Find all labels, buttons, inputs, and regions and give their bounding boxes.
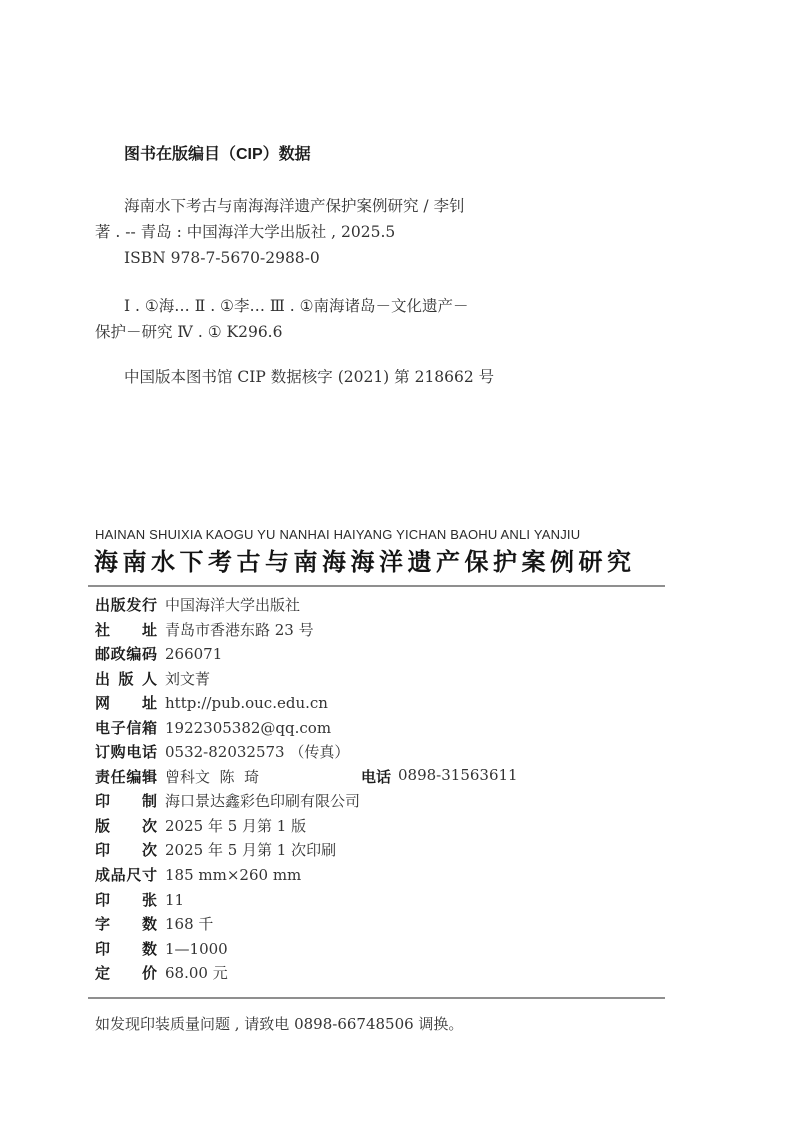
- cip-isbn: ISBN 978-7-5670-2988-0: [124, 245, 320, 271]
- colophon-label: 版次: [95, 815, 157, 836]
- colophon-label: 印制: [95, 790, 157, 811]
- colophon-value: 2025 年 5 月第 1 版: [165, 815, 306, 836]
- colophon-value: 2025 年 5 月第 1 次印刷: [165, 839, 336, 860]
- colophon-label: 出版发行: [95, 594, 157, 615]
- colophon-label: 电子信箱: [95, 717, 157, 738]
- colophon-row-size: 成品尺寸 185 mm×260 mm: [95, 864, 665, 889]
- colophon-row-website: 网址 http://pub.ouc.edu.cn: [95, 692, 665, 717]
- colophon-row-email: 电子信箱 1922305382@qq.com: [95, 717, 665, 742]
- colophon-label: 出版人: [95, 668, 157, 689]
- colophon-value: 曾科文 陈 琦: [165, 766, 259, 787]
- colophon-value: 海口景达鑫彩色印刷有限公司: [165, 790, 360, 811]
- colophon-label: 责任编辑: [95, 766, 157, 787]
- colophon-row-edition: 版次 2025 年 5 月第 1 版: [95, 815, 665, 840]
- colophon-label: 定价: [95, 962, 157, 983]
- cip-header: 图书在版编目（CIP）数据: [124, 141, 311, 164]
- quality-note: 如发现印装质量问题 , 请致电 0898-66748506 调换。: [95, 1013, 463, 1034]
- divider-rule-top: [88, 585, 665, 587]
- cip-classification-line: Ⅰ . ①海… Ⅱ . ①李… Ⅲ . ①南海诸岛－文化遗产－: [124, 293, 469, 319]
- colophon-label: 社址: [95, 619, 157, 640]
- colophon-row-editors: 责任编辑 曾科文 陈 琦 电话 0898-31563611: [95, 766, 665, 791]
- cip-record-number: 中国版本图书馆 CIP 数据核字 (2021) 第 218662 号: [124, 365, 494, 387]
- colophon-value: 11: [165, 891, 184, 909]
- book-title: 海南水下考古与南海海洋遗产保护案例研究: [94, 542, 636, 577]
- colophon-row-wordcount: 字数 168 千: [95, 913, 665, 938]
- colophon-row-address: 社址 青岛市香港东路 23 号: [95, 619, 665, 644]
- colophon-value: 1—1000: [165, 940, 228, 958]
- colophon-label: 成品尺寸: [95, 864, 157, 885]
- colophon-row-order-phone: 订购电话 0532-82032573 （传真）: [95, 741, 665, 766]
- cip-description-line: 著 . -- 青岛 : 中国海洋大学出版社 , 2025.5: [95, 219, 395, 245]
- colophon-label: 印数: [95, 938, 157, 959]
- colophon-value: 中国海洋大学出版社: [165, 594, 300, 615]
- colophon-row-printer: 印制 海口景达鑫彩色印刷有限公司: [95, 790, 665, 815]
- colophon-phone-value: 0898-31563611: [398, 766, 518, 784]
- colophon-label: 订购电话: [95, 741, 157, 762]
- colophon-label: 印张: [95, 889, 157, 910]
- colophon-label: 印次: [95, 839, 157, 860]
- colophon-value: 68.00 元: [165, 962, 228, 983]
- colophon-label: 字数: [95, 913, 157, 934]
- colophon-value: 185 mm×260 mm: [165, 866, 301, 884]
- colophon-value: 青岛市香港东路 23 号: [165, 619, 314, 640]
- colophon-label: 网址: [95, 692, 157, 713]
- colophon-row-publisher: 出版发行 中国海洋大学出版社: [95, 594, 665, 619]
- colophon-table: 出版发行 中国海洋大学出版社 社址 青岛市香港东路 23 号 邮政编码 2660…: [95, 594, 665, 987]
- colophon-value: http://pub.ouc.edu.cn: [165, 694, 328, 712]
- colophon-row-price: 定价 68.00 元: [95, 962, 665, 987]
- colophon-row-printrun: 印数 1—1000: [95, 938, 665, 963]
- colophon-value: 168 千: [165, 913, 213, 934]
- colophon-value: 刘文菁: [165, 668, 210, 689]
- cip-classification-line: 保护－研究 Ⅳ . ① K296.6: [95, 319, 282, 345]
- colophon-row-sheets: 印张 11: [95, 889, 665, 914]
- colophon-label: 邮政编码: [95, 643, 157, 664]
- copyright-page: 图书在版编目（CIP）数据 海南水下考古与南海海洋遗产保护案例研究 / 李钊 著…: [0, 0, 799, 1121]
- divider-rule-bottom: [88, 997, 665, 999]
- colophon-row-postcode: 邮政编码 266071: [95, 643, 665, 668]
- colophon-row-impression: 印次 2025 年 5 月第 1 次印刷: [95, 839, 665, 864]
- book-title-pinyin: HAINAN SHUIXIA KAOGU YU NANHAI HAIYANG Y…: [95, 527, 580, 542]
- colophon-phone-label: 电话: [361, 766, 391, 787]
- colophon-row-publisher-person: 出版人 刘文菁: [95, 668, 665, 693]
- cip-description-line: 海南水下考古与南海海洋遗产保护案例研究 / 李钊: [124, 193, 465, 219]
- colophon-value: 266071: [165, 645, 222, 663]
- colophon-value: 1922305382@qq.com: [165, 719, 331, 737]
- colophon-value: 0532-82032573 （传真）: [165, 741, 349, 762]
